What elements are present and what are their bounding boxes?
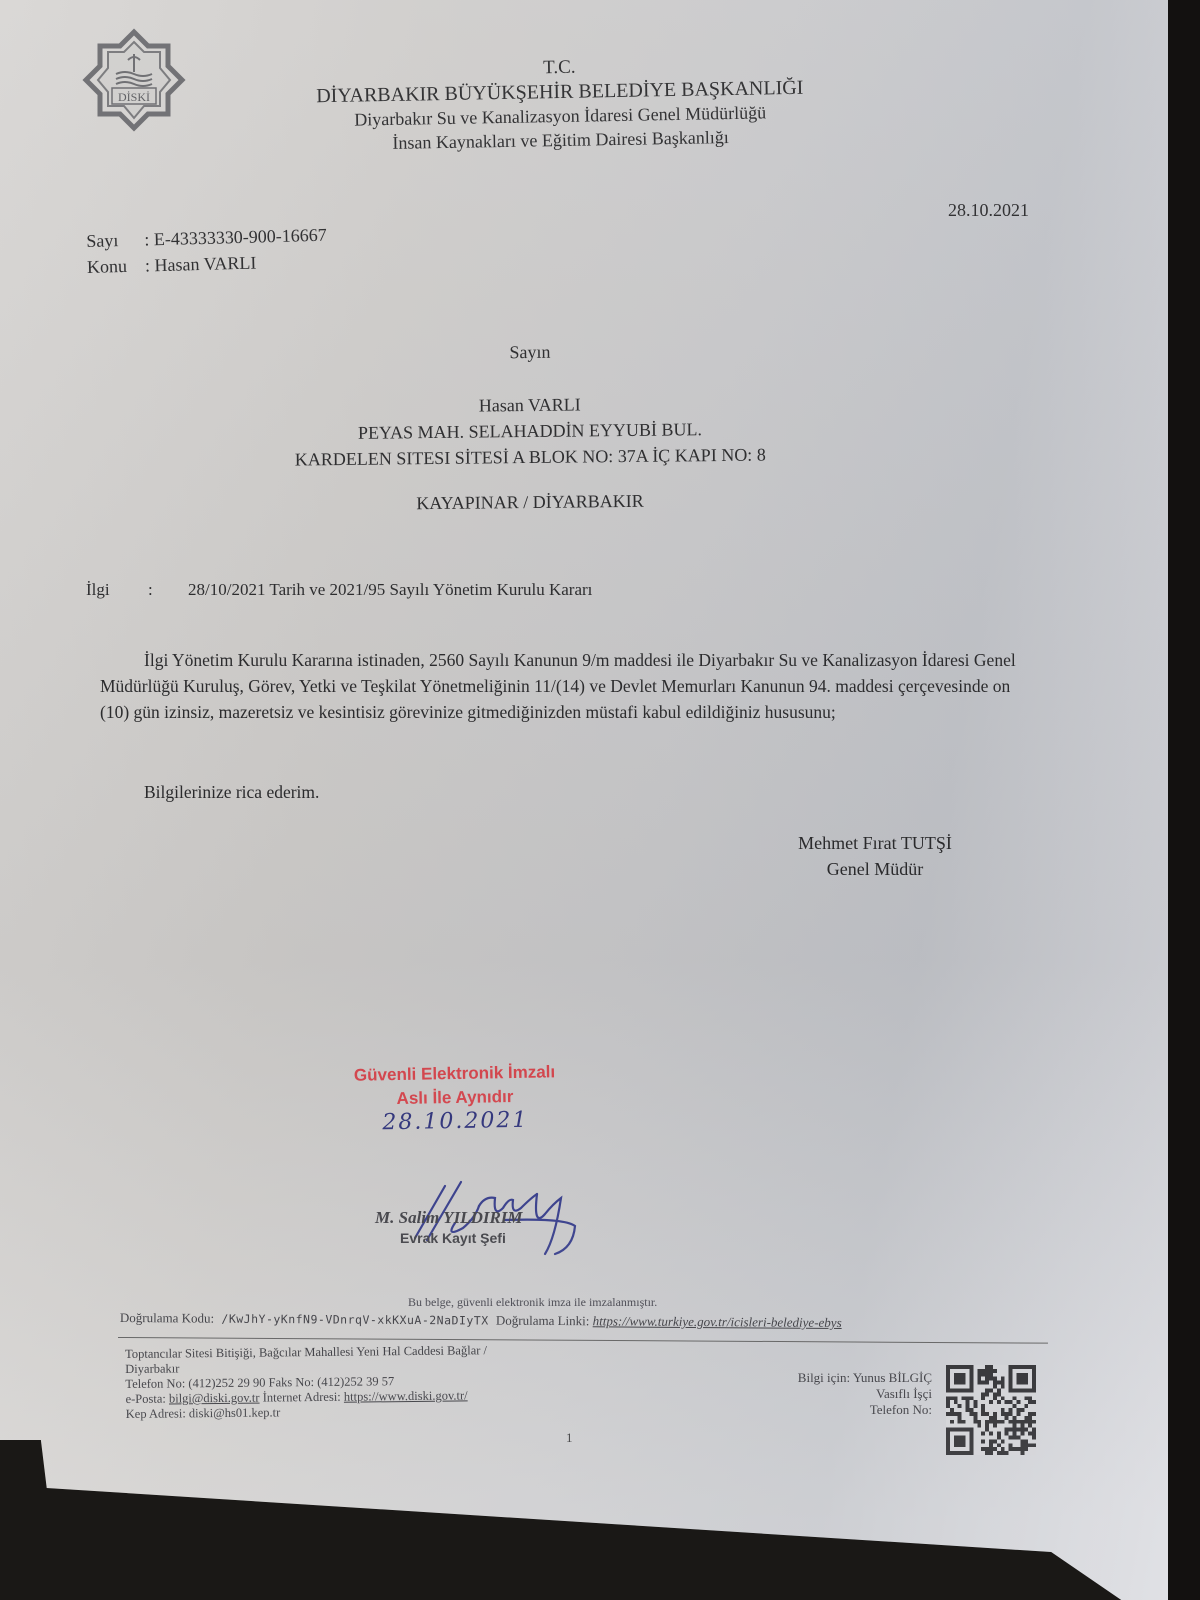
footer-kep: Kep Adresi: diski@hs01.kep.tr — [126, 1403, 488, 1422]
letterhead: T.C. DİYARBAKIR BÜYÜKŞEHİR BELEDİYE BAŞK… — [279, 51, 841, 157]
body-text: İlgi Yönetim Kurulu Kararına istinaden, … — [100, 647, 1030, 725]
document-page: DİSKİ T.C. DİYARBAKIR BÜYÜKŞEHİR BELEDİY… — [0, 0, 1168, 1600]
esign-notice: Bu belge, güvenli elektronik imza ile im… — [408, 1295, 657, 1310]
certifier-name: M. Salim YILDIRIM — [375, 1208, 523, 1228]
recipient-salutation: Sayın — [220, 339, 840, 366]
certifier-role: Evrak Kayıt Şefi — [400, 1230, 506, 1246]
reference-colon: : — [148, 580, 188, 600]
recipient-block: Hasan VARLI PEYAS MAH. SELAHADDİN EYYUBİ… — [220, 389, 841, 473]
sayi-label: Sayı — [86, 226, 145, 254]
document-meta: Sayı: E-43333330-900-16667 Konu: Hasan V… — [86, 222, 328, 280]
signatory-title: Genel Müdür — [790, 856, 960, 882]
signatory-name: Mehmet Fırat TUTŞİ — [790, 830, 960, 856]
closing-line: Bilgilerinize rica ederim. — [144, 782, 319, 803]
svg-text:DİSKİ: DİSKİ — [118, 90, 150, 104]
sayi-value: : E-43333330-900-16667 — [144, 225, 327, 250]
verification-link[interactable]: https://www.turkiye.gov.tr/icisleri-bele… — [593, 1313, 842, 1330]
konu-value: : Hasan VARLI — [145, 253, 257, 276]
reference-label: İlgi — [86, 580, 148, 600]
stamp-handwritten-date: 28.10.2021 — [320, 1108, 590, 1137]
footer-email-label: e-Posta: — [125, 1392, 165, 1406]
diski-logo-icon: DİSKİ — [82, 28, 186, 132]
recipient-address-line2: KARDELEN SITESI SİTESİ A BLOK NO: 37A İÇ… — [220, 441, 840, 473]
footer-web-label: İnternet Adresi: — [263, 1390, 341, 1405]
recipient-city: KAYAPINAR / DİYARBAKIR — [220, 489, 840, 516]
signatory-block: Mehmet Fırat TUTŞİ Genel Müdür — [790, 830, 960, 882]
footer-email-link[interactable]: bilgi@diski.gov.tr — [169, 1391, 260, 1406]
footer-web-link[interactable]: https://www.diski.gov.tr/ — [344, 1388, 468, 1403]
qr-code-icon — [945, 1365, 1037, 1455]
body-paragraph: İlgi Yönetim Kurulu Kararına istinaden, … — [100, 647, 1030, 725]
konu-row: Konu: Hasan VARLI — [87, 248, 328, 280]
verification-line: Doğrulama Kodu: /KwJhY-yKnfN9-VDnrqV-xkK… — [120, 1310, 842, 1331]
footer-contact: Toptancılar Sitesi Bitişiği, Bağcılar Ma… — [125, 1343, 488, 1422]
footer-info-contact: Bilgi için: Yunus BİLGİÇ Vasıflı İşçi Te… — [740, 1370, 932, 1418]
background-edge — [1168, 0, 1200, 1600]
certification-stamp: Güvenli Elektronik İmzalı Aslı İle Aynıd… — [319, 1060, 590, 1137]
stamp-line1: Güvenli Elektronik İmzalı — [319, 1060, 589, 1089]
info-contact-phone: Telefon No: — [740, 1402, 932, 1418]
verification-code-label: Doğrulama Kodu: — [120, 1310, 214, 1326]
verification-link-label: Doğrulama Linki: — [496, 1313, 590, 1329]
document-date: 28.10.2021 — [948, 200, 1029, 221]
verification-code: /KwJhY-yKnfN9-VDnrqV-xkKXuA-2NaDIyTX — [221, 1312, 488, 1328]
info-contact-name: Bilgi için: Yunus BİLGİÇ — [740, 1370, 932, 1386]
footer-divider — [118, 1337, 1048, 1344]
info-contact-title: Vasıflı İşçi — [740, 1386, 932, 1402]
reference-line: İlgi:28/10/2021 Tarih ve 2021/95 Sayılı … — [86, 580, 592, 600]
reference-value: 28/10/2021 Tarih ve 2021/95 Sayılı Yönet… — [188, 580, 592, 599]
konu-label: Konu — [87, 252, 146, 280]
page-number: 1 — [566, 1430, 573, 1446]
